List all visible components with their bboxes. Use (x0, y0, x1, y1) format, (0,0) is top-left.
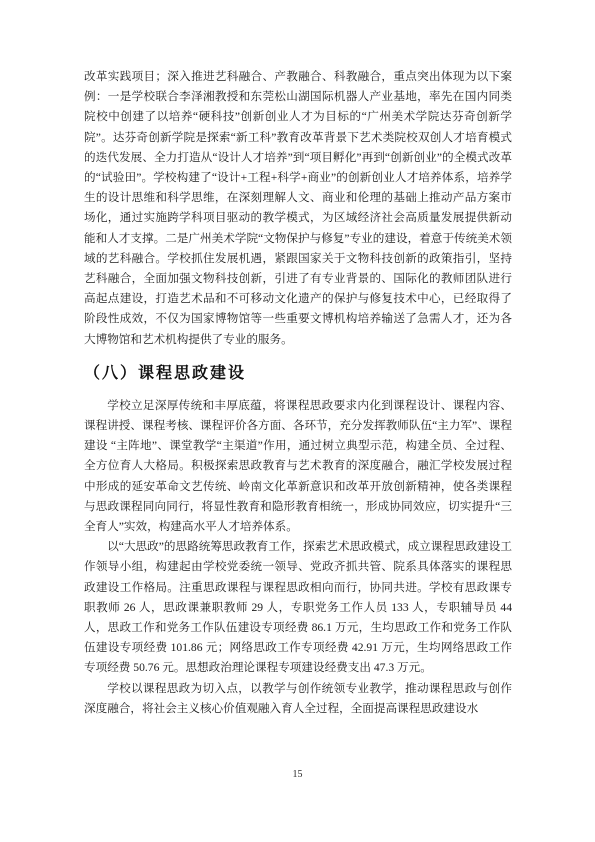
paragraph-continuation: 改革实践项目；深入推进艺科融合、产教融合、科教融合，重点突出体现为以下案例：一是… (84, 67, 512, 350)
section-heading: （八）课程思政建设 (84, 363, 512, 385)
page-text-column: 改革实践项目；深入推进艺科融合、产教融合、科教融合，重点突出体现为以下案例：一是… (84, 67, 512, 719)
paragraph: 学校以课程思政为切入点，以教学与创作统领专业教学，推动课程思政与创作深度融合，将… (84, 679, 512, 719)
paragraph: 学校立足深厚传统和丰厚底蕴，将课程思政要求内化到课程设计、课程内容、课程讲授、课… (84, 396, 512, 537)
page-number: 15 (0, 769, 595, 781)
document-page: 改革实践项目；深入推进艺科融合、产教融合、科教融合，重点突出体现为以下案例：一是… (0, 0, 595, 842)
paragraph: 以“大思政”的思路统筹思政教育工作，探索艺术思政模式，成立课程思政建设工作领导小… (84, 537, 512, 678)
